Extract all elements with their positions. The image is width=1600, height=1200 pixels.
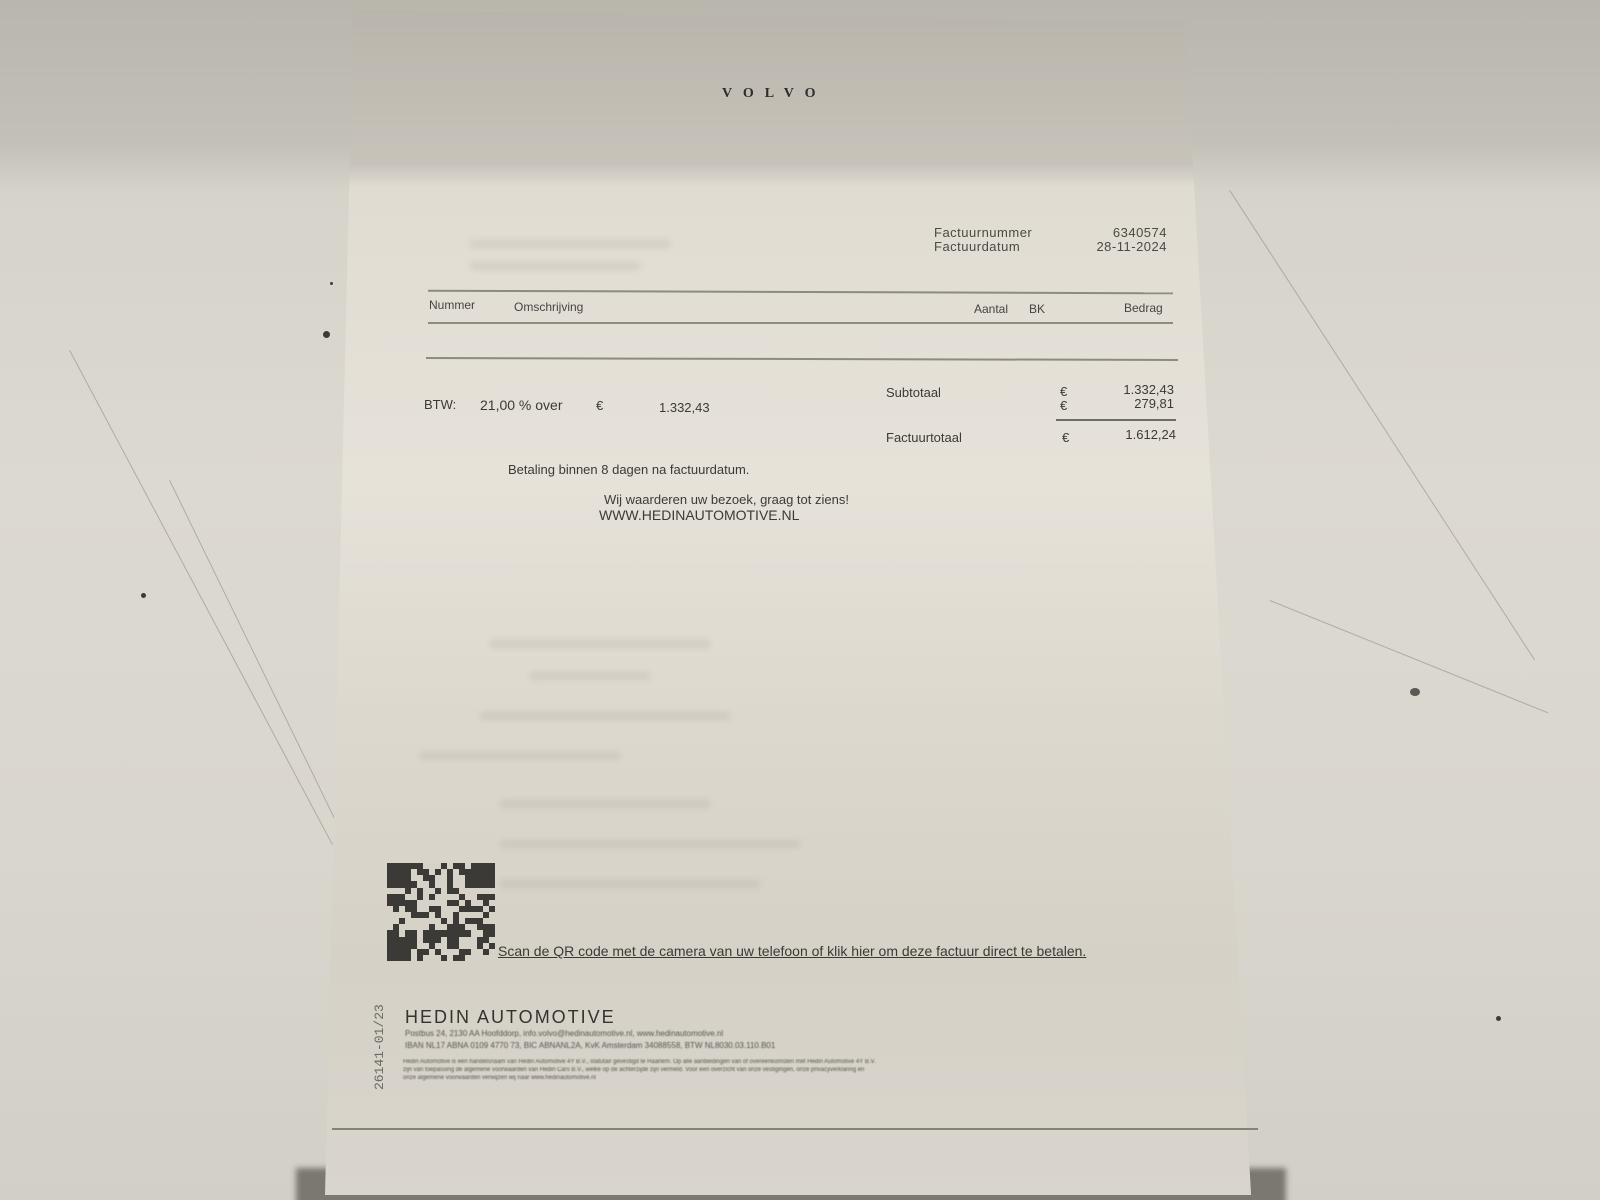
- table-scratch: [169, 480, 354, 858]
- subtotal-amount: 1.332,43: [1094, 382, 1174, 397]
- show-through-text: [500, 800, 710, 808]
- legal-line-1: Hedin Automotive is een handelsnaam van …: [403, 1058, 876, 1066]
- show-through-text: [530, 672, 650, 680]
- footer-fold-line: [332, 1128, 1258, 1130]
- total-label: Factuurtotaal: [886, 430, 962, 445]
- total-amount: 1.612,24: [1096, 427, 1176, 442]
- vat-amount: 279,81: [1094, 396, 1174, 411]
- table-speck: [141, 593, 146, 598]
- website-text: WWW.HEDINAUTOMOTIVE.NL: [599, 507, 799, 523]
- show-through-text: [420, 752, 620, 760]
- show-through-text: [500, 880, 760, 888]
- invoice-number-label: Factuurnummer: [934, 225, 1032, 240]
- blurred-address: [470, 240, 670, 248]
- table-speck: [1496, 1016, 1501, 1021]
- col-header-aantal: Aantal: [974, 302, 1008, 316]
- table-header-rule: [428, 322, 1173, 324]
- invoice-date-value: 28-11-2024: [1067, 239, 1167, 254]
- subtotal-currency: €: [1060, 384, 1067, 399]
- show-through-text: [500, 840, 800, 848]
- legal-line-3: onze algemene voorwaarden verwijzen wij …: [403, 1074, 596, 1082]
- table-speck: [330, 282, 333, 285]
- qr-code-icon[interactable]: [387, 863, 495, 961]
- pay-invoice-link[interactable]: Scan de QR code met de camera van uw tel…: [498, 943, 1086, 959]
- totals-rule: [1056, 419, 1176, 421]
- col-header-bedrag: Bedrag: [1124, 301, 1163, 315]
- vat-currency: €: [596, 398, 603, 413]
- payment-terms: Betaling binnen 8 dagen na factuurdatum.: [508, 462, 749, 477]
- table-scratch: [1229, 190, 1535, 660]
- vat-label: BTW:: [424, 397, 456, 412]
- col-header-omschrijving: Omschrijving: [514, 300, 583, 314]
- table-speck: [1410, 688, 1420, 696]
- show-through-text: [480, 712, 730, 720]
- total-currency: €: [1062, 430, 1069, 445]
- form-code: 26141-01/23: [372, 1004, 387, 1090]
- table-scratch: [69, 350, 333, 845]
- vat-base-amount: 1.332,43: [659, 400, 710, 415]
- blurred-address: [470, 262, 640, 270]
- table-speck: [323, 331, 330, 338]
- subtotal-label: Subtotaal: [886, 385, 941, 400]
- legal-line-2: zijn van toepassing de algemene voorwaar…: [403, 1066, 864, 1074]
- show-through-text: [490, 640, 710, 648]
- vat-amount-currency: €: [1060, 398, 1067, 413]
- company-address: Postbus 24, 2130 AA Hoofddorp, info.volv…: [405, 1029, 723, 1038]
- volvo-logo: VOLVO: [722, 86, 827, 102]
- col-header-nummer: Nummer: [429, 298, 475, 312]
- vat-rate: 21,00 % over: [480, 397, 563, 413]
- company-bank-details: IBAN NL17 ABNA 0109 4770 73, BIC ABNANL2…: [405, 1041, 775, 1050]
- invoice-number-value: 6340574: [1067, 225, 1167, 240]
- thanks-message: Wij waarderen uw bezoek, graag tot ziens…: [604, 492, 849, 507]
- invoice-date-label: Factuurdatum: [934, 239, 1020, 254]
- company-name: HEDIN AUTOMOTIVE: [405, 1007, 616, 1028]
- col-header-bk: BK: [1029, 302, 1045, 316]
